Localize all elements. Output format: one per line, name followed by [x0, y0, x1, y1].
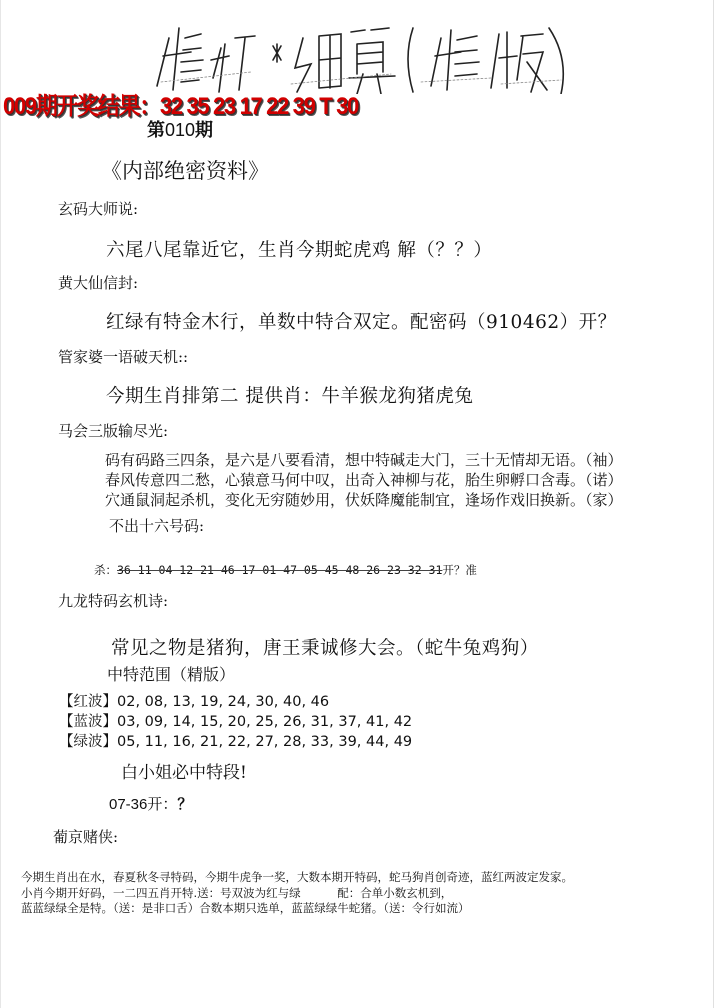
section-label-jiulong: 九龙特码玄机诗: — [58, 590, 168, 611]
section-label-guanjiapo: 管家婆一语破天机:: — [58, 346, 188, 367]
poem-line: 码有码路三四条，是六是八要看清，想中特碱走大门，三十无情却无语。（袖） — [105, 450, 623, 470]
poem-line: 春风传意四二愁，心猿意马何中叹，出奇入神柳与花，胎生卵孵口含毒。（诺） — [105, 470, 623, 490]
footer-line: 今期生肖出在水，春夏秋冬寻特码，今期牛虎争一奖，大数本期开特码，蛇马狗肖创奇迹，… — [21, 870, 573, 886]
section-text-jiulong: 常见之物是猪狗，唐王秉诚修大会。（蛇牛兔鸡狗） — [111, 634, 539, 660]
section-text-xuanma: 六尾八尾靠近它，生肖今期蛇虎鸡 解（？？） — [106, 236, 492, 262]
wave-numbers: 05, 11, 16, 21, 22, 27, 28, 33, 39, 44, … — [117, 734, 412, 750]
footer-line: 蓝蓝绿绿全是特。（送：是非口舌）合数本期只选单，蓝蓝绿绿牛蛇猪。（送：令行如流） — [21, 901, 573, 917]
bai-xiaojie-line: 白小姐必中特段! — [121, 758, 247, 783]
kill-numbers: 36 11 04 12 21 46 17 01 47 05 45 48 26 2… — [117, 563, 442, 577]
section-label-pujing: 葡京赌侠: — [53, 826, 118, 847]
footer-line: 小肖今期开好码，一二四五肖开特.送：号双波为红与绿 配：合单小数玄机到， — [21, 886, 573, 902]
wave-row-blue: 【蓝波】03, 09, 14, 15, 20, 25, 26, 31, 37, … — [59, 710, 412, 731]
calligraphy-title-graphic — [151, 8, 571, 94]
section-label-xuanma: 玄码大师说: — [58, 198, 138, 219]
wave-tag: 【绿波】 — [59, 734, 117, 750]
wave-tag: 【蓝波】 — [59, 714, 117, 730]
mahui-poem: 码有码路三四条，是六是八要看清，想中特碱走大门，三十无情却无语。（袖） 春风传意… — [105, 450, 623, 510]
section-label-huangdaxian: 黄大仙信封: — [58, 272, 138, 293]
open-range: 07-36开： — [109, 796, 177, 813]
open-mark: ？ — [177, 796, 192, 813]
kill-prefix: 杀： — [94, 563, 117, 577]
period-prefix: 第 — [147, 120, 165, 141]
wave-tag: 【红波】 — [59, 694, 117, 710]
section-label-mahui: 马会三版输尽光: — [58, 420, 168, 441]
kill-numbers-line: 杀：36 11 04 12 21 46 17 01 47 05 45 48 26… — [94, 562, 477, 578]
wave-numbers: 03, 09, 14, 15, 20, 25, 26, 31, 37, 41, … — [117, 714, 412, 730]
results-label: 009期开奖结果： — [3, 93, 160, 120]
footer-text: 今期生肖出在水，春夏秋冬寻特码，今期牛虎争一奖，大数本期开特码，蛇马狗肖创奇迹，… — [21, 870, 573, 917]
banner-title-image — [151, 8, 571, 94]
wave-row-red: 【红波】02, 08, 13, 19, 24, 30, 40, 46 — [59, 690, 329, 711]
period-suffix: 期 — [195, 120, 213, 141]
period-heading: 第010期 — [147, 116, 213, 142]
wave-numbers: 02, 08, 13, 19, 24, 30, 40, 46 — [117, 694, 329, 710]
wave-row-green: 【绿波】05, 11, 16, 21, 22, 27, 28, 33, 39, … — [59, 730, 412, 751]
poem-line: 穴通鼠洞起杀机，变化无穷随妙用，伏妖降魔能制宜，逢场作戏旧换新。（家） — [105, 490, 623, 510]
section-text-guanjiapo: 今期生肖排第二 提供肖：牛羊猴龙狗猪虎兔 — [106, 382, 473, 408]
period-number: 010 — [165, 120, 195, 140]
no-sixteen-label: 不出十六号码: — [109, 515, 204, 536]
section-text-huangdaxian: 红绿有特金木行，单数中特合双定。配密码（910462）开？ — [106, 308, 617, 334]
open-range-line: 07-36开：？ — [109, 793, 192, 814]
kill-suffix: 开？准 — [442, 563, 477, 577]
range-title: 中特范围（精版） — [107, 662, 235, 685]
document-title: 《内部绝密资料》 — [101, 155, 269, 185]
